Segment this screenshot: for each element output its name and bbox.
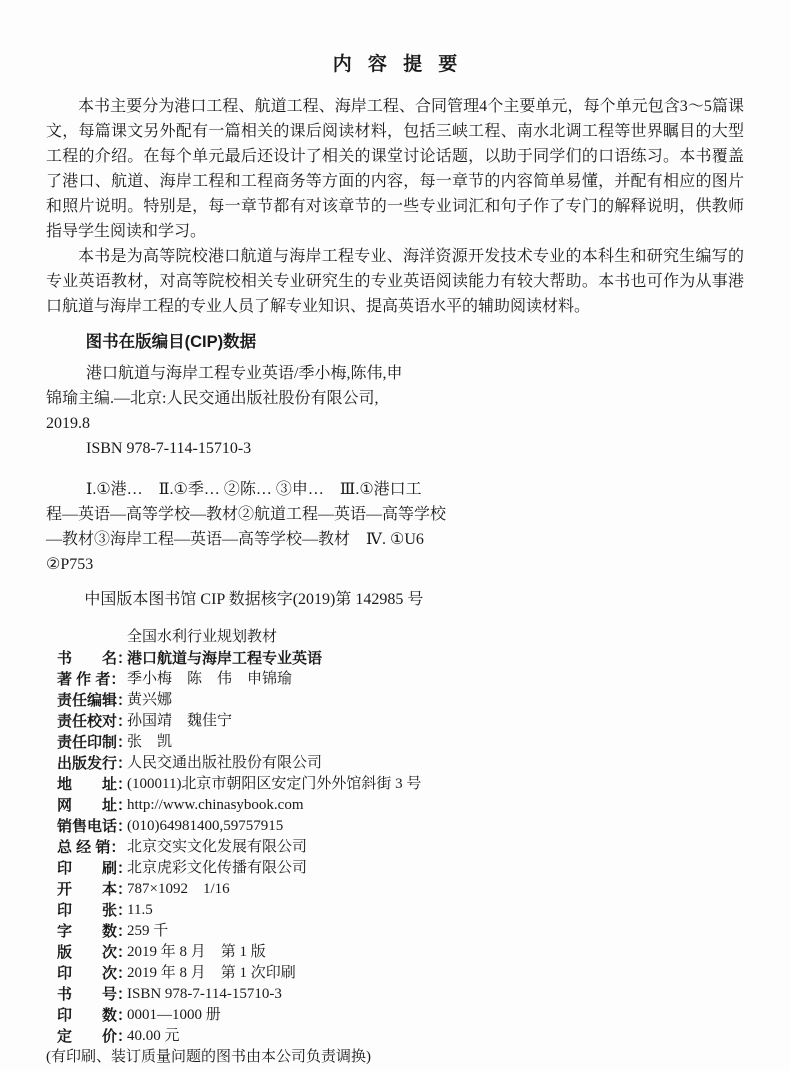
colophon-label: 版 次： (57, 942, 127, 963)
colophon-value: ISBN 978-7-114-15710-3 (127, 984, 282, 1005)
colophon-value: 787×1092 1/16 (127, 879, 230, 900)
colophon-row-editor: 责任编辑：黄兴娜 (57, 690, 744, 711)
colophon-value: 北京虎彩文化传播有限公司 (127, 858, 307, 879)
colophon-row-publisher: 出版发行：人民交通出版社股份有限公司 (57, 753, 744, 774)
colophon-label: 印 张： (57, 900, 127, 921)
colophon-value: 季小梅 陈 伟 申锦瑜 (127, 669, 292, 690)
colophon-label: 书 名： (57, 648, 127, 669)
colophon-value: 0001—1000 册 (127, 1005, 221, 1026)
colophon-section: 全国水利行业规划教材 书 名：港口航道与海岸工程专业英语 著 作 者：季小梅 陈… (46, 627, 744, 1068)
colophon-value: 11.5 (127, 900, 153, 921)
cip-record-block: 港口航道与海岸工程专业英语/季小梅,陈伟,申 锦瑜主编.—北京:人民交通出版社股… (46, 361, 524, 461)
colophon-value: 黄兴娜 (127, 690, 172, 711)
colophon-value: 2019 年 8 月 第 1 版 (127, 942, 266, 963)
colophon-value: 孙国靖 魏佳宁 (127, 711, 232, 732)
cip-record-line: 锦瑜主编.—北京:人民交通出版社股份有限公司, (46, 386, 524, 411)
cip-classification-line: ②P753 (46, 552, 524, 577)
colophon-row-address: 地 址：(100011)北京市朝阳区安定门外外馆斜街 3 号 (57, 774, 744, 795)
colophon-label: 责任印制： (57, 732, 127, 753)
colophon-value: 259 千 (127, 921, 168, 942)
cip-record-line: 2019.8 (46, 411, 524, 436)
colophon-row-price: 定 价：40.00 元 (57, 1026, 744, 1047)
colophon-value: (100011)北京市朝阳区安定门外外馆斜街 3 号 (127, 774, 421, 795)
colophon-row-isbn: 书 号：ISBN 978-7-114-15710-3 (57, 984, 744, 1005)
content-summary-title: 内容提要 (46, 53, 744, 77)
colophon-row-proofreaders: 责任校对：孙国靖 魏佳宁 (57, 711, 744, 732)
colophon-label: 开 本： (57, 879, 127, 900)
colophon-row-sales-phone: 销售电话：(010)64981400,59757915 (57, 816, 744, 837)
summary-paragraph-2: 本书是为高等院校港口航道与海岸工程专业、海洋资源开发技术专业的本科生和研究生编写… (46, 244, 744, 319)
cip-record-number: 中国版本图书馆 CIP 数据核字(2019)第 142985 号 (46, 587, 744, 612)
colophon-value: http://www.chinasybook.com (127, 795, 304, 816)
colophon-label: 定 价： (57, 1026, 127, 1047)
series-name: 全国水利行业规划教材 (127, 627, 744, 648)
cip-record-line: 港口航道与海岸工程专业英语/季小梅,陈伟,申 (46, 361, 524, 386)
colophon-value: 2019 年 8 月 第 1 次印刷 (127, 963, 296, 984)
colophon-value: 40.00 元 (127, 1026, 180, 1047)
colophon-label: 出版发行： (57, 753, 127, 774)
cip-classification-block: Ⅰ.①港… Ⅱ.①季… ②陈… ③申… Ⅲ.①港口工 程—英语—高等学校—教材②… (46, 477, 524, 577)
colophon-row-distributor: 总 经 销：北京交实文化发展有限公司 (57, 837, 744, 858)
colophon-label: 书 号： (57, 984, 127, 1005)
colophon-label: 印 次： (57, 963, 127, 984)
colophon-row-sheets: 印 张：11.5 (57, 900, 744, 921)
colophon-value: 人民交通出版社股份有限公司 (127, 753, 322, 774)
colophon-label: 销售电话： (57, 816, 127, 837)
colophon-row-printer: 印 刷：北京虎彩文化传播有限公司 (57, 858, 744, 879)
colophon-row-website: 网 址：http://www.chinasybook.com (57, 795, 744, 816)
colophon-label: 网 址： (57, 795, 127, 816)
colophon-row-format: 开 本：787×1092 1/16 (57, 879, 744, 900)
colophon-row-authors: 著 作 者：季小梅 陈 伟 申锦瑜 (57, 669, 744, 690)
cip-classification-line: Ⅰ.①港… Ⅱ.①季… ②陈… ③申… Ⅲ.①港口工 (46, 477, 524, 502)
quality-note: (有印刷、装订质量问题的图书由本公司负责调换) (46, 1047, 744, 1068)
colophon-label: 责任校对： (57, 711, 127, 732)
colophon-label: 责任编辑： (57, 690, 127, 711)
colophon-row-print-run: 印 数：0001—1000 册 (57, 1005, 744, 1026)
colophon-label: 字 数： (57, 921, 127, 942)
summary-paragraph-1: 本书主要分为港口工程、航道工程、海岸工程、合同管理4个主要单元，每个单元包含3～… (46, 94, 744, 244)
colophon-value: 张 凯 (127, 732, 172, 753)
page-content: 内容提要 本书主要分为港口工程、航道工程、海岸工程、合同管理4个主要单元，每个单… (0, 0, 790, 1068)
colophon-label: 总 经 销： (57, 837, 127, 858)
colophon-row-word-count: 字 数：259 千 (57, 921, 744, 942)
colophon-value: 北京交实文化发展有限公司 (127, 837, 307, 858)
colophon-label: 著 作 者： (57, 669, 127, 690)
colophon-value: 港口航道与海岸工程专业英语 (127, 648, 322, 669)
cip-classification-line: 程—英语—高等学校—教材②航道工程—英语—高等学校 (46, 502, 524, 527)
book-copyright-page: 内容提要 本书主要分为港口工程、航道工程、海岸工程、合同管理4个主要单元，每个单… (0, 0, 790, 1071)
colophon-label: 印 数： (57, 1005, 127, 1026)
cip-classification-line: —教材③海岸工程—英语—高等学校—教材 Ⅳ. ①U6 (46, 527, 524, 552)
colophon-row-edition: 版 次：2019 年 8 月 第 1 版 (57, 942, 744, 963)
colophon-row-print-supervisor: 责任印制：张 凯 (57, 732, 744, 753)
colophon-value: (010)64981400,59757915 (127, 816, 283, 837)
colophon-row-book-title: 书 名：港口航道与海岸工程专业英语 (57, 648, 744, 669)
cip-section-heading: 图书在版编目(CIP)数据 (46, 331, 744, 353)
cip-record-line: ISBN 978-7-114-15710-3 (46, 436, 524, 461)
colophon-row-printing: 印 次：2019 年 8 月 第 1 次印刷 (57, 963, 744, 984)
colophon-label: 印 刷： (57, 858, 127, 879)
colophon-label: 地 址： (57, 774, 127, 795)
